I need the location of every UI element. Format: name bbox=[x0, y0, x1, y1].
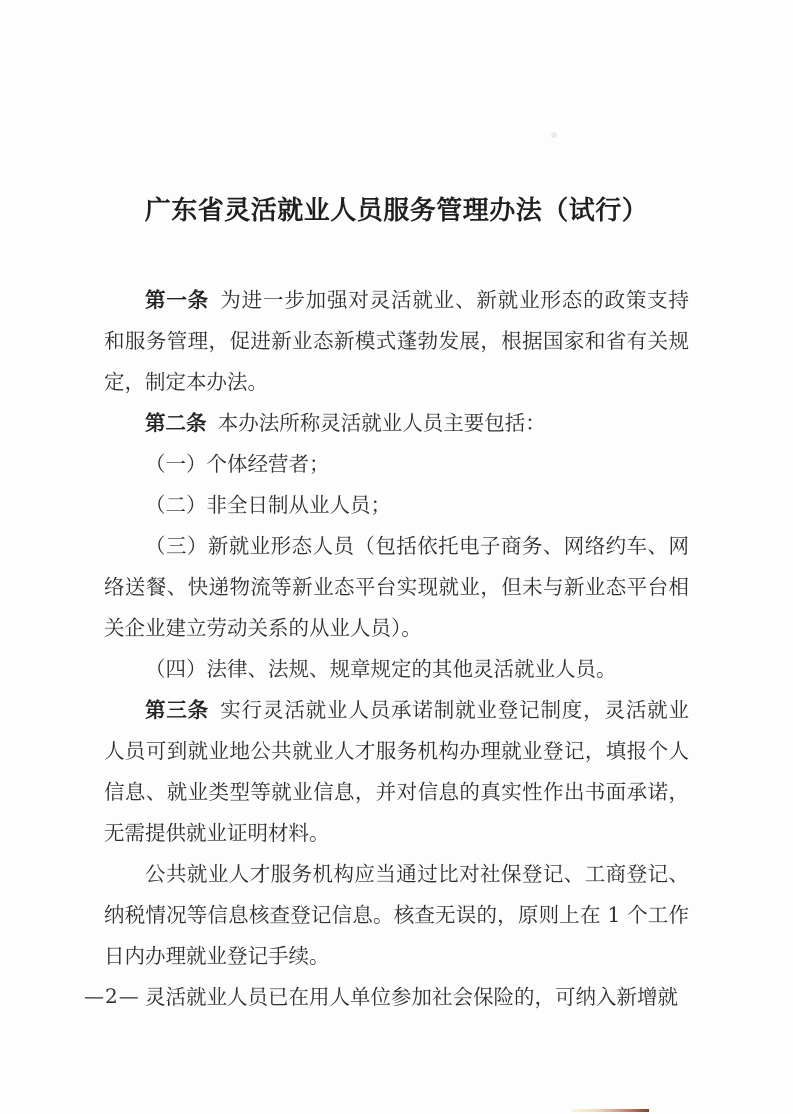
document-title: 广东省灵活就业人员服务管理办法（试行） bbox=[104, 194, 689, 228]
paragraph-text: 灵活就业人员已在用人单位参加社会保险的，可纳入新增就 bbox=[145, 985, 678, 1009]
article-number: 第三条 bbox=[145, 698, 209, 722]
paragraph-text: （一）个体经营者； bbox=[145, 452, 330, 476]
paragraph-verification: 公共就业人才服务机构应当通过比对社保登记、工商登记、纳税情况等信息核查登记信息。… bbox=[104, 854, 689, 977]
page-number: —2— bbox=[84, 984, 140, 1008]
scan-artifact-speck bbox=[551, 132, 557, 138]
paragraph-item-3: （三）新就业形态人员（包括依托电子商务、网络约车、网络送餐、快递物流等新业态平台… bbox=[104, 526, 689, 649]
paragraph-article-3: 第三条实行灵活就业人员承诺制就业登记制度，灵活就业人员可到就业地公共就业人才服务… bbox=[104, 690, 689, 854]
document-page: 广东省灵活就业人员服务管理办法（试行） 第一条为进一步加强对灵活就业、新就业形态… bbox=[0, 0, 793, 1114]
article-number: 第二条 bbox=[145, 411, 207, 435]
document-body: 广东省灵活就业人员服务管理办法（试行） 第一条为进一步加强对灵活就业、新就业形态… bbox=[104, 194, 689, 1018]
paragraph-social-insurance: 灵活就业人员已在用人单位参加社会保险的，可纳入新增就 bbox=[104, 977, 689, 1018]
paragraph-text: （二）非全日制从业人员； bbox=[145, 493, 391, 517]
paragraph-text: 本办法所称灵活就业人员主要包括： bbox=[218, 411, 546, 435]
paragraph-article-1: 第一条为进一步加强对灵活就业、新就业形态的政策支持和服务管理，促进新业态新模式蓬… bbox=[104, 280, 689, 403]
paragraph-text: （四）法律、法规、规章规定的其他灵活就业人员。 bbox=[145, 657, 617, 681]
paragraph-item-1: （一）个体经营者； bbox=[104, 444, 689, 485]
scan-artifact-strip bbox=[571, 1109, 649, 1112]
paragraph-text: （三）新就业形态人员（包括依托电子商务、网络约车、网络送餐、快递物流等新业态平台… bbox=[104, 534, 689, 640]
paragraph-article-2: 第二条本办法所称灵活就业人员主要包括： bbox=[104, 403, 689, 444]
paragraph-item-2: （二）非全日制从业人员； bbox=[104, 485, 689, 526]
article-number: 第一条 bbox=[145, 288, 209, 312]
paragraph-text: 公共就业人才服务机构应当通过比对社保登记、工商登记、纳税情况等信息核查登记信息。… bbox=[104, 862, 689, 968]
paragraph-item-4: （四）法律、法规、规章规定的其他灵活就业人员。 bbox=[104, 649, 689, 690]
